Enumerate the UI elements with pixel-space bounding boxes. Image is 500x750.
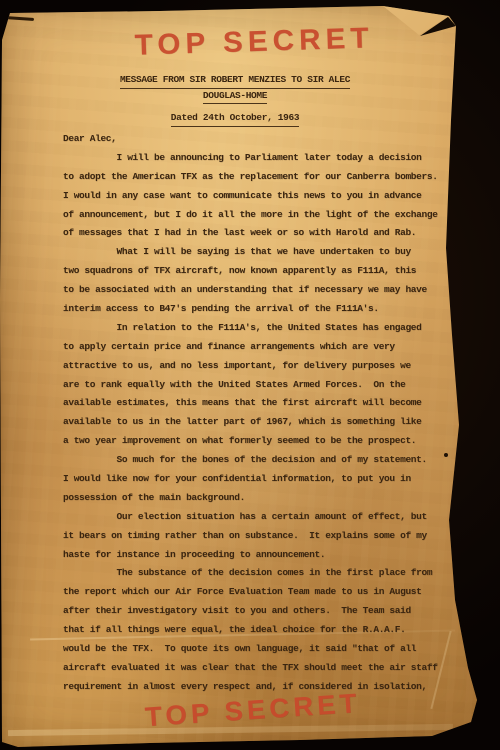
letter-line: possession of the main background. [63,489,458,508]
letter-line: What I will be saying is that we have un… [63,243,458,262]
letter-line: of announcement, but I do it all the mor… [63,206,458,225]
letter-line: it bears on timing rather than on substa… [63,527,458,546]
letter-line: Our election situation has a certain amo… [63,508,458,527]
staple-mark [5,16,34,21]
letter-line: So much for the bones of the decision an… [63,451,458,470]
red-edge-mark [463,497,468,537]
letter-line: Dear Alec, [63,130,458,149]
letter-line: after their investigatory visit to you a… [63,602,458,621]
letter-line: that if all things were equal, the ideal… [63,621,458,640]
letter-line: I will be announcing to Parliament later… [63,149,458,168]
letter-line: the report which our Air Force Evaluatio… [63,583,458,602]
letter-line: In relation to the F111A's, the United S… [63,319,458,338]
scanned-document-photo: TOP SECRET MESSAGE FROM SIR ROBERT MENZI… [0,0,500,750]
letter-line: interim access to B47's pending the arri… [63,300,458,319]
letter-line: aircraft evaluated it was clear that the… [63,659,458,678]
letter-body-text: Dear Alec, I will be announcing to Parli… [63,130,458,697]
letter-line: a two year improvement on what formerly … [63,432,458,451]
letter-line: attractive to us, and no less important,… [63,357,458,376]
letter-line: I would like now for your confidential i… [63,470,458,489]
letter-line: The substance of the decision comes in t… [63,564,458,583]
heading-title-line2: DOUGLAS-HOME [203,89,267,105]
letter-heading: MESSAGE FROM SIR ROBERT MENZIES TO SIR A… [20,73,450,127]
letter-line: to apply certain price and finance arran… [63,338,458,357]
heading-date: Dated 24th October, 1963 [20,111,450,127]
letter-line: are to rank equally with the United Stat… [63,376,458,395]
top-secret-stamp-top: TOP SECRET [134,22,374,62]
letter-line: available to us in the latter part of 19… [63,413,458,432]
letter-paper-sheet: TOP SECRET MESSAGE FROM SIR ROBERT MENZI… [0,0,500,750]
heading-title-line1: MESSAGE FROM SIR ROBERT MENZIES TO SIR A… [120,73,350,89]
letter-line: I would in any case want to communicate … [63,187,458,206]
letter-line: of messages that I had in the last week … [63,224,458,243]
letter-line: two squadrons of TFX aircraft, now known… [63,262,458,281]
letter-line: to be associated with an understanding t… [63,281,458,300]
letter-line: would be the TFX. To quote its own langu… [63,640,458,659]
letter-line: to adopt the American TFX as the replace… [63,168,458,187]
heading-date-text: Dated 24th October, 1963 [171,111,299,127]
heading-title: MESSAGE FROM SIR ROBERT MENZIES TO SIR A… [20,73,450,104]
letter-line: available estimates, this means that the… [63,394,458,413]
letter-line: haste for instance in proceeding to anno… [63,546,458,565]
